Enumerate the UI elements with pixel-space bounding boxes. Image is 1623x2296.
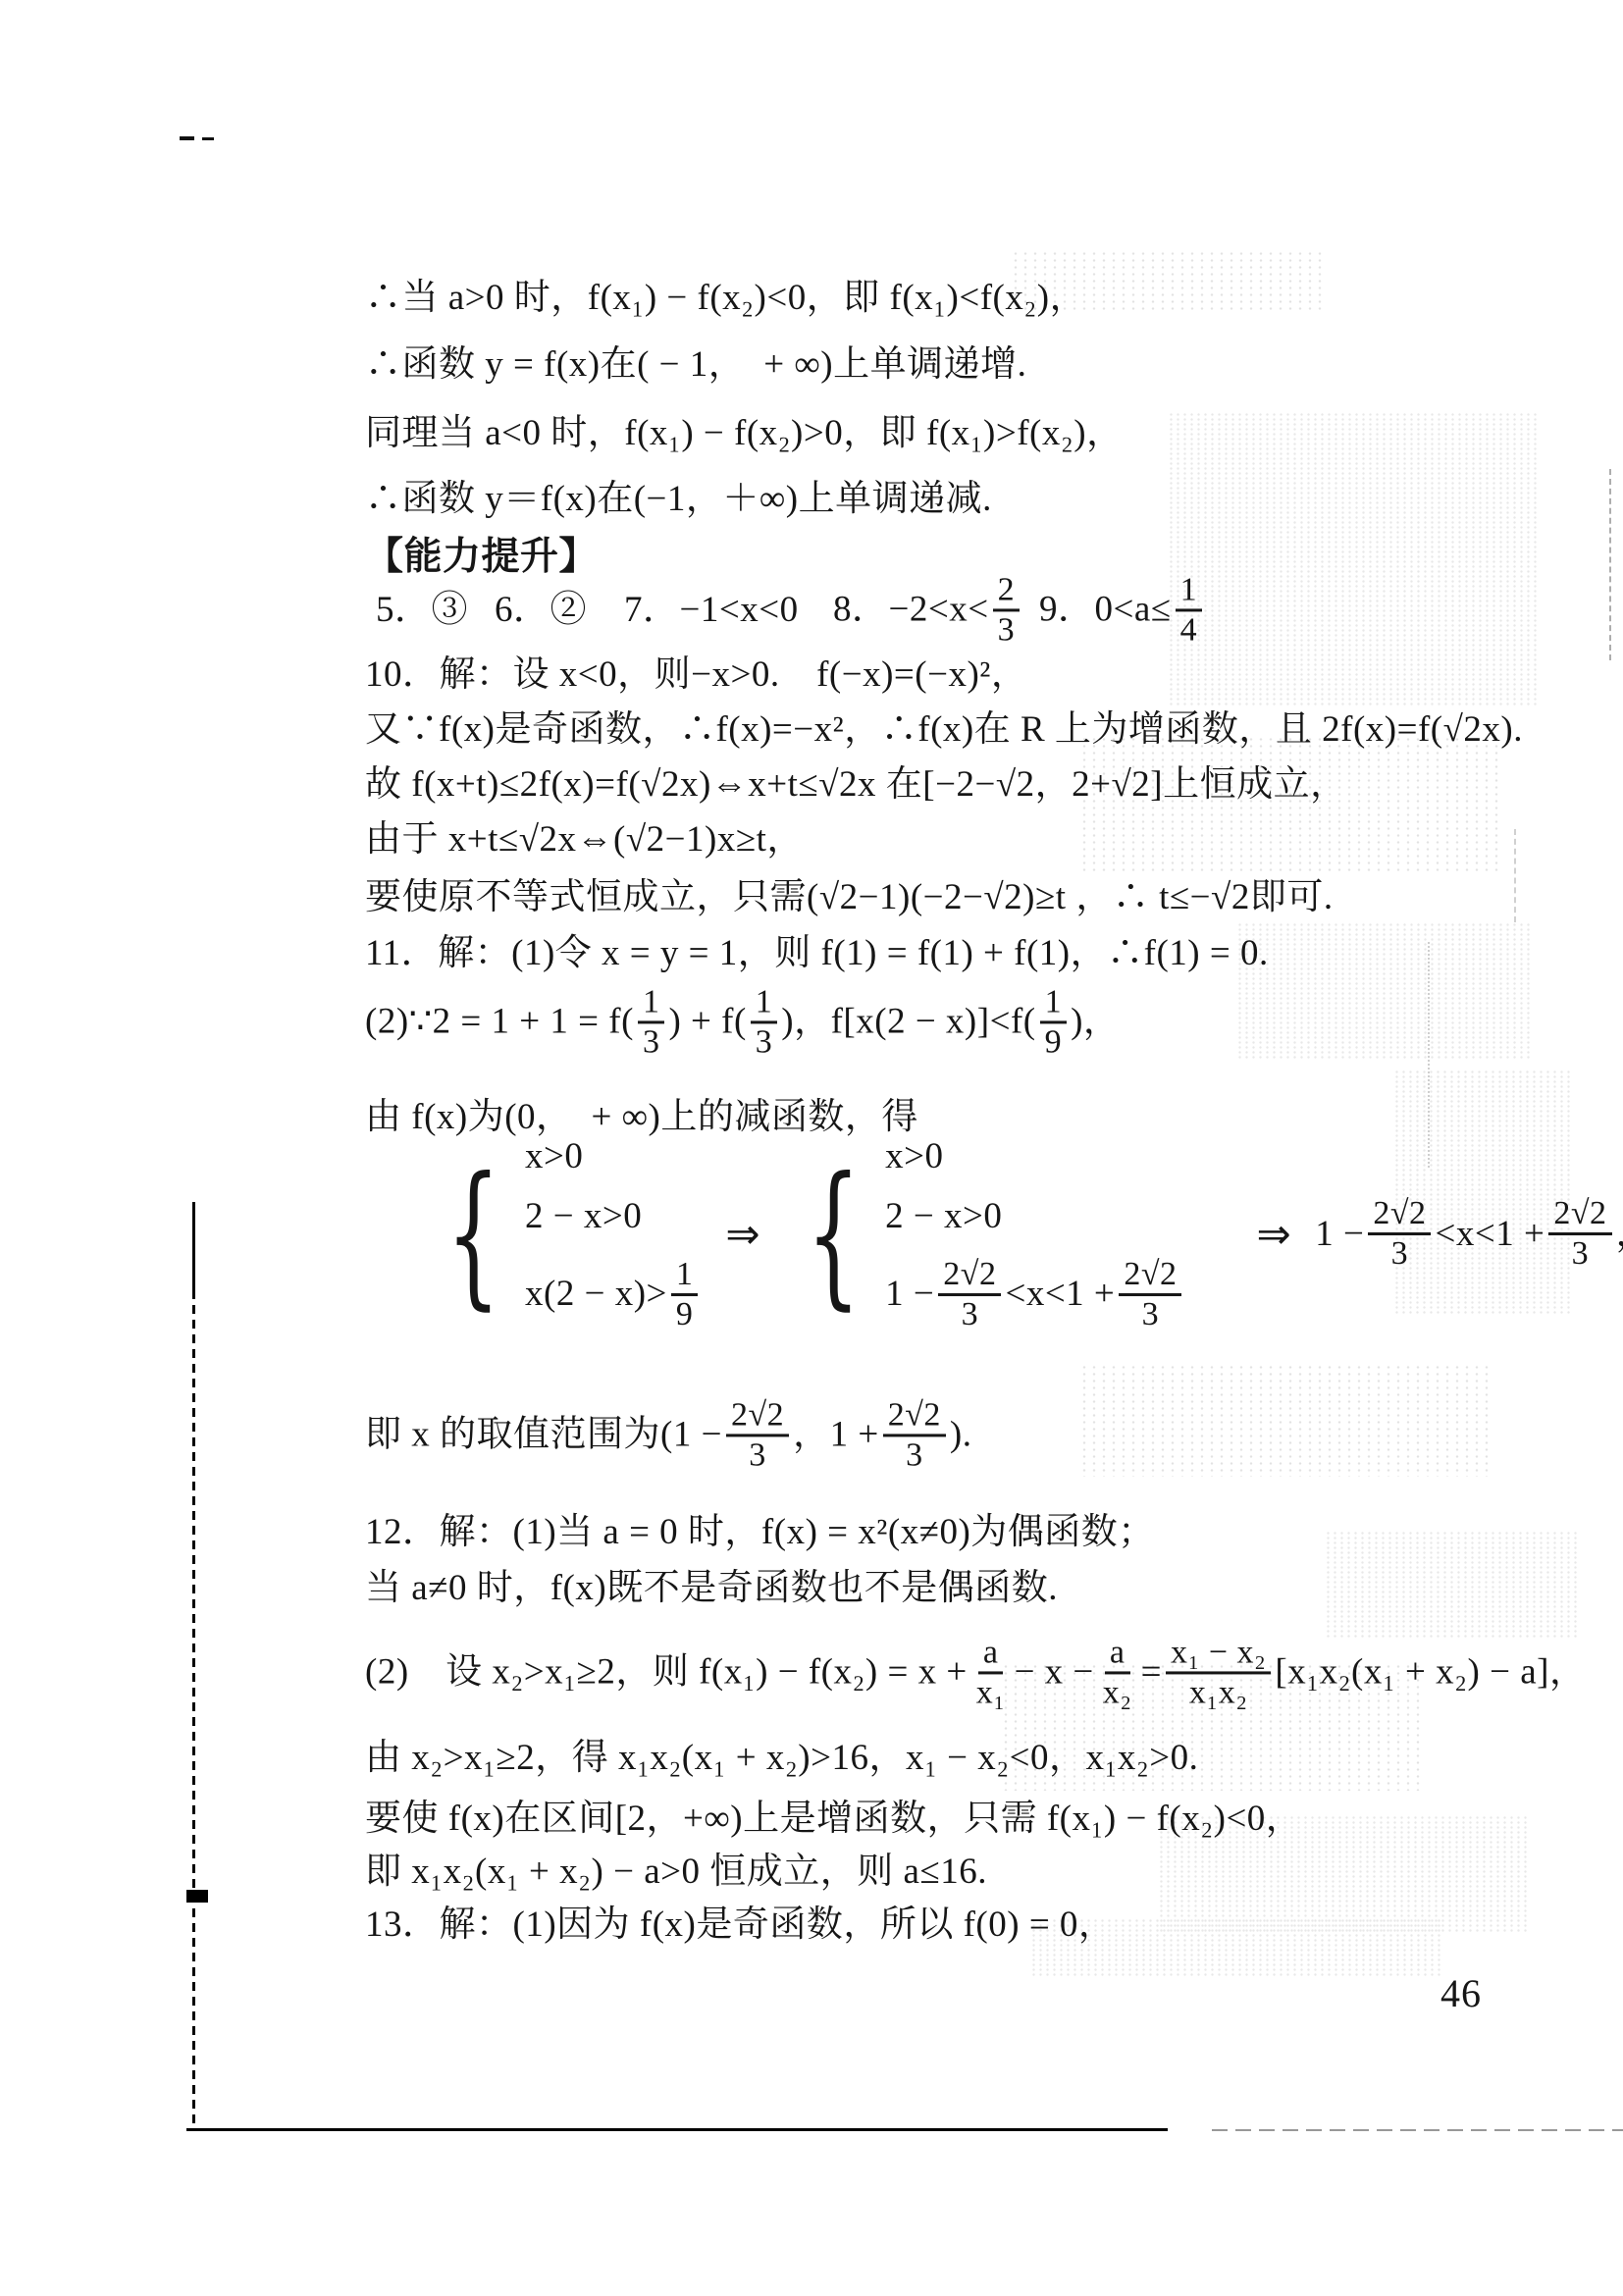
solution-10-line-2: 又∵f(x)是奇函数，∴f(x)=−x²，∴f(x)在 R 上为增函数，且 2f… [365, 708, 1523, 752]
fraction-denominator: 3 [744, 1437, 771, 1475]
system-2-row-1: x>0 [885, 1135, 943, 1178]
system-2-row-2: 2 − x>0 [885, 1195, 1002, 1238]
math-text: − x − [1015, 1651, 1094, 1695]
solution-10-line-1: 10．解：设 x<0，则−x>0. f(−x)=(−x)²， [365, 653, 1027, 697]
fraction: 1 4 [1176, 571, 1203, 649]
solution-12-line-3: (2) 设 x₂>x₁≥2，则 f(x₁) − f(x₂) = x + a x₁… [365, 1634, 1586, 1711]
solution-11-range-line: 即 x 的取值范围为(1 − 2√2 3 ，1 + 2√2 3 ). [365, 1396, 972, 1474]
solution-10-line-4: 由于 x+t≤√2x⇔(√2−1)x≥t， [365, 818, 804, 861]
fraction-numerator: 1 [671, 1256, 699, 1296]
page-edge-corner-mark [186, 1890, 208, 1903]
solution-10-line-3: 故 f(x+t)≤2f(x)=f(√2x)⇔x+t≤√2x 在[−2−√2，2+… [365, 763, 1347, 807]
bleed-through-dashed-line [1428, 942, 1430, 1168]
fraction-numerator: 2√2 [883, 1396, 946, 1436]
math-text: ). [950, 1414, 972, 1457]
solution-12-line-1: 12．解：(1)当 a = 0 时，f(x) = x²(x≠0)为偶函数； [365, 1511, 1155, 1554]
page-edge-vertical-line [192, 1202, 195, 2131]
fraction-numerator: 2√2 [726, 1396, 789, 1436]
system-1-row-2: 2 − x>0 [525, 1195, 642, 1238]
math-text: <x<1 + [1005, 1273, 1115, 1316]
solution-11-line-3: 由 f(x)为(0， + ∞)上的减函数，得 [365, 1096, 918, 1139]
fraction-numerator: 1 [638, 983, 665, 1023]
system-2: x>0 2 − x>0 1 − 2√2 3 <x<1 + 2√2 3 [885, 1135, 1185, 1333]
math-text: )， [1071, 1001, 1120, 1044]
solution-10-line-5: 要使原不等式恒成立，只需(√2−1)(−2−√2)≥t ，∴ t≤−√2即可. [365, 876, 1334, 919]
page-number: 46 [1440, 1970, 1482, 2016]
math-text: (2)∵2 = 1 + 1 = f( [365, 1001, 634, 1044]
fraction-denominator: 3 [1137, 1296, 1165, 1333]
math-text: 即 x 的取值范围为(1 − [365, 1414, 722, 1457]
solution-line-a-positive: ∴当 a>0 时，f(x₁) − f(x₂)<0，即 f(x₁)<f(x₂)， [365, 277, 1086, 320]
inequality-system-block: { x>0 2 − x>0 x(2 − x)> 1 9 ⇒ { x>0 2 − … [424, 1135, 1623, 1333]
math-text: 1 − [1315, 1213, 1364, 1256]
fraction-denominator: 9 [671, 1296, 699, 1333]
page-edge-right-dashed-line [1514, 829, 1516, 922]
section-heading-ability: 【能力提升】 [365, 535, 598, 581]
fraction-numerator: 2 [993, 571, 1021, 611]
fraction: 2√2 3 [1368, 1195, 1431, 1273]
fraction: x₁ − x₂ x₁x₂ [1166, 1634, 1271, 1711]
answer-8: 8．−2<x< 2 3 [833, 571, 1023, 649]
solution-12-line-6: 即 x₁x₂(x₁ + x₂) − a>0 恒成立，则 a≤16. [365, 1851, 987, 1894]
math-text: )，f[x(2 − x)]<f( [781, 1001, 1035, 1044]
solution-12-line-5: 要使 f(x)在区间[2，+∞)上是增函数，只需 f(x₁) − f(x₂)<0… [365, 1798, 1302, 1841]
answer-9-text: 9．0<a≤ [1039, 589, 1172, 632]
fraction-numerator: 1 [751, 983, 778, 1023]
fraction-numerator: a [978, 1634, 1004, 1674]
solution-13-line-1: 13．解：(1)因为 f(x)是奇函数，所以 f(0) = 0， [365, 1904, 1115, 1947]
page-edge-vertical-line-solid [192, 1202, 195, 1290]
solution-line-decreasing: ∴函数 y＝f(x)在(−1，＋∞)上单调递减. [365, 478, 992, 521]
math-text: (2) 设 x₂>x₁≥2，则 f(x₁) − f(x₂) = x + [365, 1651, 968, 1695]
scan-mark-top-dash [202, 137, 214, 140]
solution-11-line-2: (2)∵2 = 1 + 1 = f( 1 3 ) + f( 1 3 )，f[x(… [365, 983, 1120, 1061]
math-text: <x<1 + [1435, 1213, 1544, 1256]
fraction-numerator: 2√2 [1119, 1256, 1181, 1296]
fraction-denominator: 3 [1567, 1236, 1595, 1274]
fraction: 2√2 3 [1119, 1256, 1181, 1333]
solution-12-line-2: 当 a≠0 时，f(x)既不是奇函数也不是偶函数. [365, 1567, 1058, 1610]
fraction-denominator: x₁ [971, 1675, 1011, 1712]
answer-8-text: 8．−2<x< [833, 589, 989, 632]
system-2-row-3: 1 − 2√2 3 <x<1 + 2√2 3 [885, 1256, 1185, 1333]
fraction: 2√2 3 [938, 1256, 1001, 1333]
math-text: [x₁x₂(x₁ + x₂) − a]， [1275, 1651, 1586, 1695]
fraction: 2√2 3 [883, 1396, 946, 1474]
fraction-denominator: 4 [1176, 612, 1203, 650]
page-edge-horizontal-line-faint [1212, 2129, 1623, 2131]
fraction-denominator: 3 [751, 1024, 778, 1062]
fraction: 2 3 [993, 571, 1021, 649]
fraction-denominator: x₂ [1098, 1675, 1137, 1712]
fraction-denominator: 3 [1387, 1236, 1414, 1274]
fraction: 2√2 3 [1548, 1195, 1611, 1273]
left-brace: { [446, 1157, 501, 1312]
fraction: 1 3 [638, 983, 665, 1061]
scanned-workbook-page: ∴当 a>0 时，f(x₁) − f(x₂)<0，即 f(x₁)<f(x₂)， … [0, 0, 1623, 2296]
left-brace: { [807, 1157, 862, 1312]
bleed-through-noise [1325, 1531, 1580, 1639]
fraction: a x₂ [1098, 1634, 1137, 1711]
bleed-through-noise [1236, 922, 1531, 1060]
fraction-numerator: 1 [1176, 571, 1203, 611]
solution-11-line-1: 11．解：(1)令 x = y = 1，则 f(1) = f(1) + f(1)… [365, 932, 1269, 975]
fraction: 1 3 [751, 983, 778, 1061]
answer-9: 9．0<a≤ 1 4 [1039, 571, 1206, 649]
fraction: 1 9 [1040, 983, 1068, 1061]
math-text: ) + f( [668, 1001, 746, 1044]
math-text: ， [1616, 1213, 1623, 1256]
solution-12-line-4: 由 x₂>x₁≥2，得 x₁x₂(x₁ + x₂)>16，x₁ − x₂<0，x… [365, 1737, 1198, 1780]
fraction-denominator: 3 [957, 1296, 984, 1333]
fraction: 1 9 [671, 1256, 699, 1333]
scan-mark-top-dash [180, 136, 194, 140]
fraction-denominator: 9 [1040, 1024, 1068, 1062]
fraction-denominator: 3 [901, 1437, 928, 1475]
fraction-numerator: 2√2 [1368, 1195, 1431, 1235]
bleed-through-noise [1079, 1364, 1492, 1477]
math-text: = [1141, 1651, 1162, 1695]
fraction: 2√2 3 [726, 1396, 789, 1474]
implies-arrow: ⇒ [725, 1210, 760, 1259]
fraction-denominator: x₁x₂ [1184, 1675, 1253, 1712]
answer-7: 7．−1<x<0 [624, 589, 799, 632]
answer-6: 6．② [495, 589, 587, 632]
system-1-row-3: x(2 − x)> 1 9 [525, 1256, 702, 1333]
page-edge-right-dashed-line [1609, 469, 1611, 660]
fraction-numerator: 2√2 [1548, 1195, 1611, 1235]
fraction-denominator: 3 [993, 612, 1021, 650]
system-1-row-1: x>0 [525, 1135, 583, 1178]
fraction-numerator: x₁ − x₂ [1166, 1634, 1271, 1674]
solution-line-a-negative: 同理当 a<0 时，f(x₁) − f(x₂)>0，即 f(x₁)>f(x₂)， [365, 412, 1124, 455]
system-1: x>0 2 − x>0 x(2 − x)> 1 9 [525, 1135, 702, 1333]
math-text: ，1 + [793, 1414, 879, 1457]
fraction-numerator: 2√2 [938, 1256, 1001, 1296]
system-result: 1 − 2√2 3 <x<1 + 2√2 3 ， [1315, 1195, 1623, 1273]
page-edge-horizontal-line [186, 2128, 1168, 2131]
bleed-through-noise [1168, 412, 1541, 706]
fraction-numerator: a [1105, 1634, 1130, 1674]
solution-line-increasing: ∴函数 y = f(x)在( − 1， + ∞)上单调递增. [365, 343, 1026, 387]
fraction-numerator: 1 [1040, 983, 1068, 1023]
fraction-denominator: 3 [638, 1024, 665, 1062]
fraction: a x₁ [971, 1634, 1011, 1711]
math-text: 1 − [885, 1273, 934, 1316]
implies-arrow: ⇒ [1256, 1210, 1291, 1259]
math-text: x(2 − x)> [525, 1273, 667, 1316]
answer-5: 5．③ [376, 589, 468, 632]
